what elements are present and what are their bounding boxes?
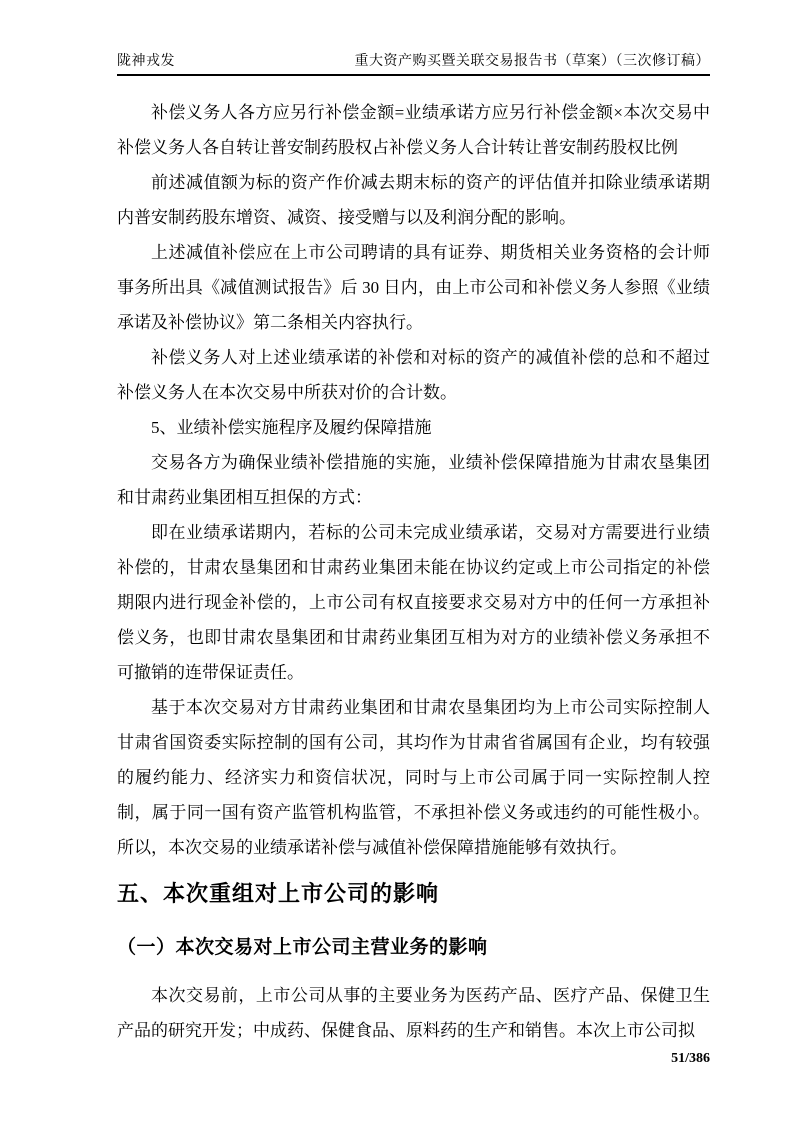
document-page: 陇神戎发 重大资产购买暨关联交易报告书（草案）（三次修订稿） 补偿义务人各方应另… — [0, 0, 793, 1122]
doc-full-title: 重大资产购买暨关联交易报告书（草案）（三次修订稿） — [355, 53, 711, 71]
page-footer: 51/386 — [117, 1050, 710, 1068]
para-mutual-guarantee-arrangement: 交易各方为确保业绩补偿措施的实施，业绩补偿保障措施为甘肃农垦集团和甘肃药业集团相… — [117, 445, 710, 515]
page-header: 陇神戎发 重大资产购买暨关联交易报告书（草案）（三次修订稿） — [117, 53, 710, 76]
header-row: 陇神戎发 重大资产购买暨关联交易报告书（草案）（三次修订稿） — [117, 53, 710, 71]
para-impairment-compensation-deadline: 上述减值补偿应在上市公司聘请的具有证券、期货相关业务资格的会计师事务所出具《减值… — [117, 235, 710, 340]
page-number: 51/386 — [671, 1051, 710, 1066]
para-mutual-guarantee-terms: 即在业绩承诺期内，若标的公司未完成业绩承诺，交易对方需要进行业绩补偿的，甘肃农垦… — [117, 515, 710, 690]
para-impairment-amount-definition: 前述减值额为标的资产作价减去期末标的资产的评估值并扣除业绩承诺期内普安制药股东增… — [117, 165, 710, 235]
para-compensation-cap: 补偿义务人对上述业绩承诺的补偿和对标的资产的减值补偿的总和不超过补偿义务人在本次… — [117, 340, 710, 410]
heading-chapter-five-impact-on-listed-company: 五、本次重组对上市公司的影响 — [117, 881, 710, 907]
heading-compensation-implementation-procedure: 5、业绩补偿实施程序及履约保障措施 — [117, 410, 710, 445]
para-additional-compensation-formula: 补偿义务人各方应另行补偿金额=业绩承诺方应另行补偿金额×本次交易中补偿义务人各自… — [117, 95, 710, 165]
doc-short-title: 陇神戎发 — [117, 53, 175, 71]
para-business-before-transaction: 本次交易前，上市公司从事的主要业务为医药产品、医疗产品、保健卫生产品的研究开发；… — [117, 978, 710, 1048]
para-guarantee-feasibility: 基于本次交易对方甘肃药业集团和甘肃农垦集团均为上市公司实际控制人甘肃省国资委实际… — [117, 690, 710, 865]
document-body: 补偿义务人各方应另行补偿金额=业绩承诺方应另行补偿金额×本次交易中补偿义务人各自… — [117, 76, 710, 1048]
heading-section-one-main-business-impact: （一）本次交易对上市公司主营业务的影响 — [117, 936, 710, 960]
